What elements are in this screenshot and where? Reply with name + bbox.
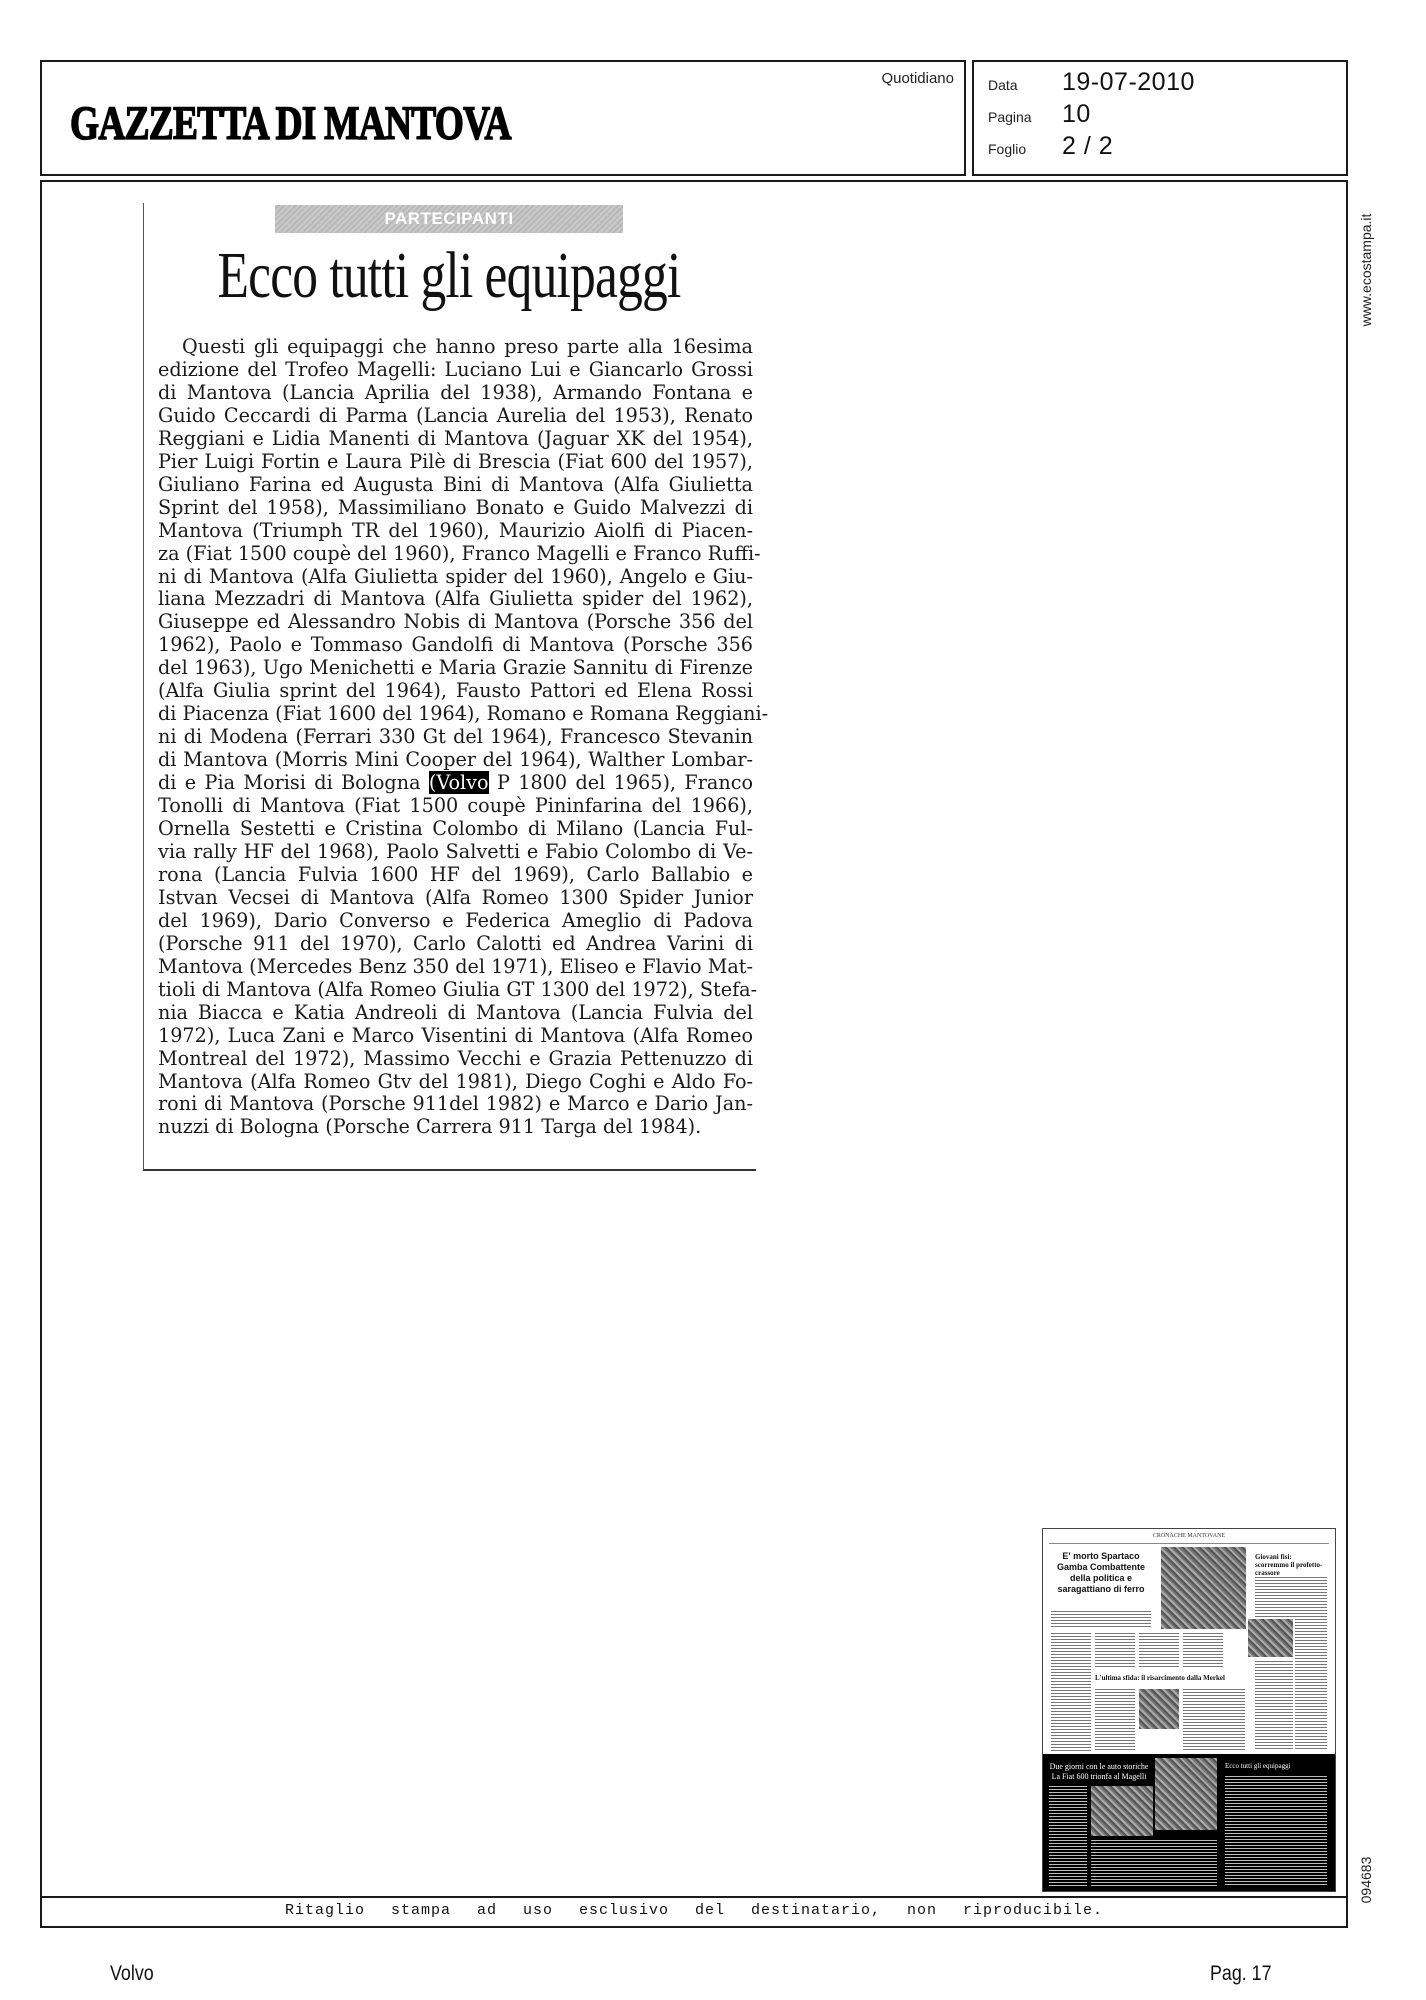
thumb-text-column [1051, 1633, 1091, 1751]
body-line: rona (Lancia Fulvia 1600 HF del 1969), C… [158, 864, 753, 887]
meta-row-page: Pagina 10 [988, 100, 1091, 129]
thumb-text-column [1095, 1633, 1135, 1669]
thumb-photo [1248, 1619, 1293, 1657]
body-line: Montreal del 1972), Massimo Vecchi e Gra… [158, 1048, 753, 1071]
body-line: Reggiani e Lidia Manenti di Mantova (Jag… [158, 428, 753, 451]
article-kicker: PARTECIPANTI [275, 205, 623, 233]
body-line: ni di Mantova (Alfa Giulietta spider del… [158, 566, 753, 589]
body-line: roni di Mantova (Porsche 911del 1982) e … [158, 1093, 753, 1116]
body-line: di Piacenza (Fiat 1600 del 1964), Romano… [158, 703, 753, 726]
kicker-label: PARTECIPANTI [384, 209, 513, 228]
body-line: del 1963), Ugo Menichetti e Maria Grazie… [158, 657, 753, 680]
body-line: nuzzi di Bologna (Porsche Carrera 911 Ta… [158, 1116, 753, 1139]
body-line: di Mantova (Morris Mini Cooper del 1964)… [158, 749, 753, 772]
thumb-main-headline: E' morto Spartaco Gamba Combattente dell… [1051, 1551, 1151, 1595]
body-line: (Alfa Giulia sprint del 1964), Fausto Pa… [158, 680, 753, 703]
thumb-text-column [1051, 1611, 1151, 1629]
article-body: Questi gli equipaggi che hanno preso par… [158, 336, 753, 1139]
body-line-highlighted: di e Pia Morisi di Bologna (Volvo P 1800… [158, 772, 753, 795]
newspaper-title: GAZZETTA DI MANTOVA [70, 96, 511, 151]
publication-type: Quotidiano [881, 70, 954, 87]
body-line: Istvan Vecsei di Mantova (Alfa Romeo 130… [158, 887, 753, 910]
thumb-text-column [1255, 1661, 1293, 1749]
thumb-text-column [1255, 1577, 1327, 1617]
thumb-photo [1091, 1786, 1153, 1836]
body-line: liana Mezzadri di Mantova (Alfa Giuliett… [158, 588, 753, 611]
metadata-box: Data 19-07-2010 Pagina 10 Foglio 2 / 2 [972, 60, 1348, 176]
meta-label: Data [988, 77, 1062, 93]
footer-divider [40, 1896, 1348, 1898]
article-headline: Ecco tutti gli equipaggi [210, 238, 687, 314]
side-code: 094683 [1352, 1840, 1380, 1920]
thumb-text-column [1295, 1619, 1327, 1749]
body-line: Mantova (Triumph TR del 1960), Maurizio … [158, 520, 753, 543]
body-line: nia Biacca e Katia Andreoli di Mantova (… [158, 1002, 753, 1025]
thumb-text-column [1049, 1786, 1087, 1886]
body-line: Ornella Sestetti e Cristina Colombo di M… [158, 818, 753, 841]
body-line: ni di Modena (Ferrari 330 Gt del 1964), … [158, 726, 753, 749]
body-line: edizione del Trofeo Magelli: Luciano Lui… [158, 359, 753, 382]
thumb-text-column [1095, 1689, 1135, 1751]
ecostampa-url: www.ecostampa.it [1358, 214, 1374, 327]
thumb-section-header: CRONACHE MANTOVANE [1049, 1533, 1329, 1544]
body-line: Guido Ceccardi di Parma (Lancia Aurelia … [158, 405, 753, 428]
body-line: za (Fiat 1500 coupè del 1960), Franco Ma… [158, 543, 753, 566]
thumb-side-headline: Giovani fisi: scorremmo il profetto-cras… [1255, 1553, 1327, 1577]
thumb-photo [1155, 1758, 1217, 1830]
thumb-photo [1161, 1547, 1246, 1629]
thumb-photo [1139, 1689, 1179, 1729]
side-url: www.ecostampa.it [1352, 195, 1380, 345]
body-line: Pier Luigi Fortin e Laura Pilè di Bresci… [158, 451, 753, 474]
meta-row-date: Data 19-07-2010 [988, 68, 1195, 97]
meta-value-sheet: 2 / 2 [1062, 132, 1113, 161]
body-line: Giuseppe ed Alessandro Nobis di Mantova … [158, 611, 753, 634]
meta-row-sheet: Foglio 2 / 2 [988, 132, 1113, 161]
body-line: Sprint del 1958), Massimiliano Bonato e … [158, 497, 753, 520]
thumb-dark-side-headline: Ecco tutti gli equipaggi [1225, 1762, 1291, 1770]
line-prefix: di e Pia Morisi di Bologna [158, 771, 429, 794]
thumb-text-column [1183, 1633, 1223, 1669]
meta-value-page: 10 [1062, 100, 1091, 129]
body-line: Giuliano Farina ed Augusta Bini di Manto… [158, 474, 753, 497]
body-line: Mantova (Mercedes Benz 350 del 1971), El… [158, 956, 753, 979]
thumb-text-column [1183, 1689, 1245, 1751]
line-suffix: P 1800 del 1965), Franco [489, 771, 753, 794]
body-line: 1962), Paolo e Tommaso Gandolfi di Manto… [158, 634, 753, 657]
thumb-text-column [1225, 1776, 1327, 1886]
search-keyword: Volvo [110, 1962, 154, 1986]
page-thumbnail: CRONACHE MANTOVANE E' morto Spartaco Gam… [1042, 1528, 1336, 1892]
body-line: (Porsche 911 del 1970), Carlo Calotti ed… [158, 933, 753, 956]
body-line: Tonolli di Mantova (Fiat 1500 coupè Pini… [158, 795, 753, 818]
page-number: Pag. 17 [1210, 1962, 1272, 1986]
body-line: Mantova (Alfa Romeo Gtv del 1981), Diego… [158, 1071, 753, 1094]
meta-label: Pagina [988, 109, 1062, 125]
body-line: via rally HF del 1968), Paolo Salvetti e… [158, 841, 753, 864]
body-line: di Mantova (Lancia Aprilia del 1938), Ar… [158, 382, 753, 405]
thumb-text-column [1091, 1840, 1217, 1886]
meta-value-date: 19-07-2010 [1062, 68, 1195, 97]
reproduction-notice: Ritaglio stampa ad uso esclusivo del des… [40, 1902, 1348, 1919]
body-line: tioli di Mantova (Alfa Romeo Giulia GT 1… [158, 979, 753, 1002]
thumb-dark-headline: Due giorni con le auto storiche La Fiat … [1049, 1762, 1149, 1782]
volvo-highlight: (Volvo [429, 771, 489, 794]
clipping-code: 094683 [1358, 1857, 1374, 1904]
thumb-text-column [1139, 1633, 1179, 1669]
body-line: Questi gli equipaggi che hanno preso par… [158, 336, 753, 359]
body-line: del 1969), Dario Converso e Federica Ame… [158, 910, 753, 933]
body-line: 1972), Luca Zani e Marco Visentini di Ma… [158, 1025, 753, 1048]
meta-label: Foglio [988, 141, 1062, 157]
thumb-mid-headline: L'ultima sfida: il risarcimento dalla Me… [1095, 1674, 1225, 1682]
thumb-dark-block: Due giorni con le auto storiche La Fiat … [1043, 1754, 1335, 1891]
